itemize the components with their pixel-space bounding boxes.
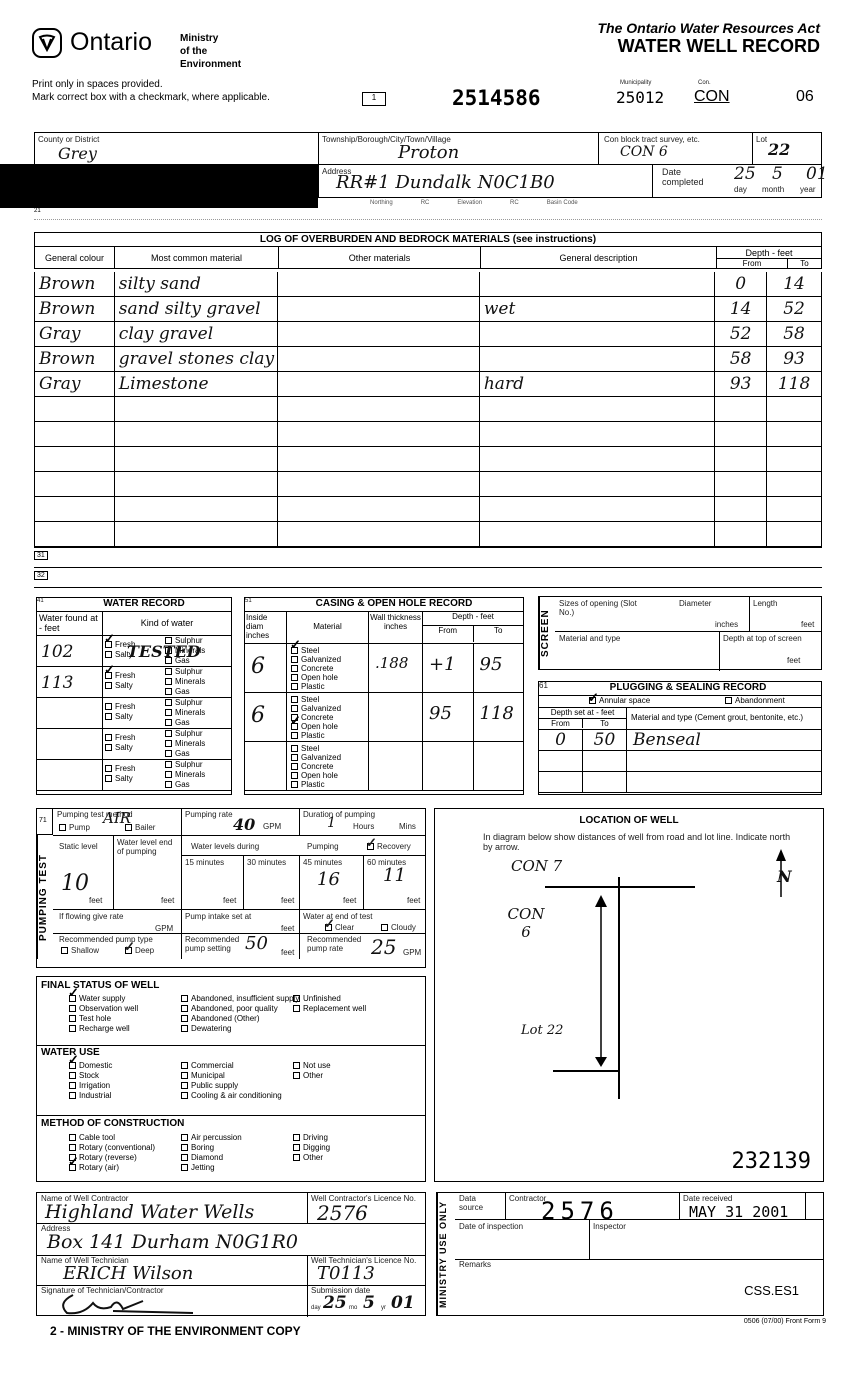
- log-cell-material[interactable]: silty sand: [115, 272, 279, 296]
- annular-checkbox[interactable]: [589, 697, 596, 704]
- sulphur-checkbox[interactable]: [165, 668, 172, 675]
- minerals-checkbox[interactable]: [165, 709, 172, 716]
- option-label: Rotary (reverse): [79, 1153, 137, 1162]
- fresh-checkbox[interactable]: [105, 734, 112, 741]
- log-cell-material[interactable]: [115, 447, 279, 471]
- option-checkbox[interactable]: [69, 1072, 76, 1079]
- log-cell-from[interactable]: [715, 447, 767, 471]
- gas-option[interactable]: Gas: [165, 749, 205, 759]
- option-checkbox[interactable]: [69, 1015, 76, 1022]
- salty-checkbox[interactable]: [105, 651, 112, 658]
- material-option[interactable]: Galvanized: [291, 655, 364, 664]
- log-cell-other[interactable]: [278, 297, 479, 321]
- rec-rate-value[interactable]: 25: [371, 935, 396, 959]
- log-cell-description[interactable]: [480, 497, 715, 521]
- option-label: Public supply: [191, 1081, 238, 1090]
- construction-option[interactable]: Rotary (reverse): [69, 1153, 137, 1163]
- m45-value[interactable]: 16: [317, 869, 340, 890]
- sulphur-checkbox[interactable]: [165, 730, 172, 737]
- option-label: Municipal: [191, 1071, 225, 1080]
- construction-option[interactable]: Rotary (air): [69, 1163, 119, 1173]
- material-checkbox[interactable]: [291, 665, 298, 672]
- material-label: Material and type: [559, 635, 620, 644]
- record-number: 2514586: [452, 86, 541, 110]
- option-checkbox[interactable]: [293, 1005, 300, 1012]
- coded-label: RC: [421, 200, 430, 206]
- log-cell-description[interactable]: [480, 397, 715, 421]
- final-status-option[interactable]: Abandoned (Other): [181, 1014, 260, 1024]
- log-cell-other[interactable]: [278, 522, 479, 546]
- material-checkbox[interactable]: [291, 745, 298, 752]
- option-label: Jetting: [191, 1163, 215, 1172]
- option-label: Cooling & air conditioning: [191, 1091, 282, 1100]
- minerals-option[interactable]: Minerals: [165, 708, 205, 718]
- coded-label: Northing: [370, 200, 393, 206]
- log-cell-description[interactable]: [480, 272, 715, 296]
- salty-option[interactable]: Salty: [105, 774, 161, 784]
- water-use-option[interactable]: Other: [293, 1071, 323, 1081]
- casing-to[interactable]: 95: [474, 644, 524, 692]
- material-checkbox[interactable]: [291, 683, 298, 690]
- end-test-label: Water at end of test: [303, 913, 373, 922]
- plug-to[interactable]: 50: [583, 730, 627, 750]
- material-checkbox[interactable]: [291, 674, 298, 681]
- log-cell-from[interactable]: [715, 397, 767, 421]
- rate-label: Pumping rate: [185, 811, 233, 820]
- ministry-contractor-value: 2576: [541, 1197, 619, 1225]
- date-day[interactable]: 25: [734, 164, 756, 184]
- gas-option[interactable]: Gas: [165, 687, 205, 697]
- option-checkbox[interactable]: [181, 1092, 188, 1099]
- rec-setting-value[interactable]: 50: [245, 933, 268, 954]
- material-checkbox[interactable]: [291, 754, 298, 761]
- water-use-option[interactable]: Industrial: [69, 1091, 111, 1101]
- material-label: Plastic: [301, 682, 325, 691]
- log-cell-material[interactable]: gravel stones clay: [115, 347, 279, 371]
- material-option[interactable]: Plastic: [291, 731, 364, 740]
- option-checkbox[interactable]: [69, 995, 76, 1002]
- material-option[interactable]: Plastic: [291, 780, 364, 789]
- address-value[interactable]: RR#1 Dundalk N0C1B0: [336, 172, 555, 193]
- deep-option[interactable]: Deep: [125, 947, 154, 956]
- pump-checkbox[interactable]: [59, 824, 66, 831]
- casing-diam[interactable]: [245, 742, 287, 790]
- log-cell-description[interactable]: [480, 447, 715, 471]
- contractor-address-value[interactable]: Box 141 Durham N0G1R0: [47, 1231, 298, 1253]
- casing-wall[interactable]: [369, 742, 423, 790]
- option-checkbox[interactable]: [293, 995, 300, 1002]
- log-cell-colour[interactable]: Brown: [35, 297, 115, 321]
- construction-option[interactable]: Rotary (conventional): [69, 1143, 155, 1153]
- plug-from[interactable]: [539, 772, 583, 792]
- material-checkbox[interactable]: [291, 732, 298, 739]
- fresh-checkbox[interactable]: [105, 703, 112, 710]
- gas-option[interactable]: Gas: [165, 780, 205, 790]
- log-cell-to[interactable]: [767, 397, 821, 421]
- log-cell-material[interactable]: [115, 497, 279, 521]
- log-cell-to[interactable]: [767, 422, 821, 446]
- minerals-label: Minerals: [175, 739, 205, 748]
- log-cell-description[interactable]: [480, 422, 715, 446]
- final-status-option[interactable]: Recharge well: [69, 1024, 130, 1034]
- gas-option[interactable]: Gas: [165, 718, 205, 728]
- recovery-option[interactable]: Recovery: [367, 843, 411, 852]
- log-cell-from[interactable]: [715, 422, 767, 446]
- log-cell-to[interactable]: [767, 472, 821, 496]
- water-row: 113FreshSaltySulphurMineralsGas: [37, 667, 231, 698]
- material-option[interactable]: Open hole: [291, 722, 364, 731]
- material-option[interactable]: Steel: [291, 695, 364, 704]
- log-row: [35, 522, 821, 547]
- rate-value[interactable]: 40: [233, 815, 255, 834]
- material-option[interactable]: Open hole: [291, 673, 364, 682]
- sulphur-option[interactable]: Sulphur: [165, 698, 205, 708]
- option-checkbox[interactable]: [69, 1164, 76, 1171]
- minerals-label: Minerals: [175, 708, 205, 717]
- log-cell-description[interactable]: hard: [480, 372, 715, 396]
- salty-option[interactable]: Salty: [105, 743, 161, 753]
- casing-wall[interactable]: [369, 693, 423, 741]
- casing-from[interactable]: +1: [423, 644, 474, 692]
- option-checkbox[interactable]: [69, 1005, 76, 1012]
- submission-year[interactable]: 01: [391, 1293, 415, 1313]
- final-status-option[interactable]: Unfinished: [293, 994, 341, 1004]
- form-code: 0506 (07/00) Front Form 9: [744, 1318, 826, 1325]
- tech-licence-value[interactable]: T0113: [317, 1263, 375, 1284]
- option-checkbox[interactable]: [293, 1062, 300, 1069]
- signature[interactable]: [53, 1289, 213, 1317]
- log-cell-colour[interactable]: Brown: [35, 272, 115, 296]
- contractor-licence-value[interactable]: 2576: [317, 1201, 368, 1225]
- material-option[interactable]: Steel: [291, 744, 364, 753]
- casing-from[interactable]: 95: [423, 693, 474, 741]
- log-cell-other[interactable]: [278, 322, 479, 346]
- log-cell-from[interactable]: [715, 472, 767, 496]
- plug-to[interactable]: [583, 772, 627, 792]
- casing-wall[interactable]: .188: [369, 644, 423, 692]
- log-cell-from[interactable]: [715, 497, 767, 521]
- con-block-value[interactable]: CON 6: [620, 144, 668, 160]
- log-cell-description[interactable]: [480, 472, 715, 496]
- final-status-option[interactable]: Replacement well: [293, 1004, 366, 1014]
- option-checkbox[interactable]: [69, 1062, 76, 1069]
- construction-option[interactable]: Digging: [293, 1143, 330, 1153]
- water-depth[interactable]: 102: [37, 636, 103, 666]
- material-option[interactable]: Galvanized: [291, 753, 364, 762]
- option-label: Other: [303, 1071, 323, 1080]
- log-cell-colour[interactable]: Gray: [35, 322, 115, 346]
- shallow-checkbox[interactable]: [61, 947, 68, 954]
- log-cell-colour[interactable]: [35, 472, 115, 496]
- material-option[interactable]: Galvanized: [291, 704, 364, 713]
- fresh-checkbox[interactable]: [105, 672, 112, 679]
- code-row-number: 31: [34, 551, 48, 560]
- log-cell-colour[interactable]: [35, 422, 115, 446]
- plug-from[interactable]: 0: [539, 730, 583, 750]
- construction-option[interactable]: Driving: [293, 1133, 328, 1143]
- log-cell-to[interactable]: 14: [767, 272, 821, 296]
- material-checkbox[interactable]: [291, 723, 298, 730]
- data-source-label: Data source: [459, 1195, 499, 1213]
- log-cell-material[interactable]: sand silty gravel: [115, 297, 279, 321]
- fresh-checkbox[interactable]: [105, 765, 112, 772]
- casing-diam[interactable]: 6: [245, 644, 287, 692]
- final-status-option[interactable]: Water supply: [69, 994, 125, 1004]
- material-checkbox[interactable]: [291, 647, 298, 654]
- log-cell-from[interactable]: 58: [715, 347, 767, 371]
- date-year[interactable]: 01: [806, 164, 828, 184]
- option-checkbox[interactable]: [293, 1134, 300, 1141]
- to-label: To: [583, 719, 626, 728]
- log-cell-other[interactable]: [278, 497, 479, 521]
- pump-option[interactable]: Pump: [59, 824, 90, 833]
- plug-material[interactable]: Benseal: [627, 730, 821, 750]
- deep-label: Deep: [135, 946, 154, 955]
- salty-option[interactable]: Salty: [105, 681, 161, 691]
- construction-option[interactable]: Boring: [181, 1143, 214, 1153]
- final-status-option[interactable]: Observation well: [69, 1004, 138, 1014]
- casing-to[interactable]: [474, 742, 524, 790]
- fresh-option[interactable]: Fresh: [105, 702, 161, 712]
- log-cell-colour[interactable]: Gray: [35, 372, 115, 396]
- annular-option[interactable]: Annular space: [539, 696, 685, 707]
- water-use-option[interactable]: Domestic: [69, 1061, 112, 1071]
- abandonment-checkbox[interactable]: [725, 697, 732, 704]
- water-row: FreshSaltySulphurMineralsGas: [37, 698, 231, 729]
- log-cell-description[interactable]: [480, 347, 715, 371]
- log-cell-other[interactable]: [278, 397, 479, 421]
- deep-checkbox[interactable]: [125, 947, 132, 954]
- log-cell-other[interactable]: [278, 272, 479, 296]
- log-cell-other[interactable]: [278, 447, 479, 471]
- plug-material[interactable]: [627, 751, 821, 771]
- salty-option[interactable]: Salty: [105, 712, 161, 722]
- water-depth[interactable]: [37, 760, 103, 790]
- log-cell-other[interactable]: [278, 422, 479, 446]
- fresh-option[interactable]: Fresh: [105, 733, 161, 743]
- plug-material[interactable]: [627, 772, 821, 792]
- recovery-checkbox[interactable]: [367, 843, 374, 850]
- township-value[interactable]: Proton: [398, 142, 459, 163]
- gas-checkbox[interactable]: [165, 750, 172, 757]
- water-depth[interactable]: [37, 729, 103, 759]
- option-label: Not use: [303, 1061, 331, 1070]
- contractor-name-value[interactable]: Highland Water Wells: [45, 1201, 254, 1223]
- material-option[interactable]: Plastic: [291, 682, 364, 691]
- log-cell-from[interactable]: 0: [715, 272, 767, 296]
- salty-checkbox[interactable]: [105, 744, 112, 751]
- casing-from[interactable]: [423, 742, 474, 790]
- casing-diam[interactable]: 6: [245, 693, 287, 741]
- material-checkbox[interactable]: [291, 781, 298, 788]
- log-cell-other[interactable]: [278, 372, 479, 396]
- log-cell-from[interactable]: [715, 522, 767, 546]
- bailer-checkbox[interactable]: [125, 824, 132, 831]
- date-month[interactable]: 5: [772, 164, 783, 184]
- log-cell-other[interactable]: [278, 347, 479, 371]
- water-depth[interactable]: [37, 698, 103, 728]
- cloudy-option[interactable]: Cloudy: [381, 924, 416, 933]
- water-use-option[interactable]: Cooling & air conditioning: [181, 1091, 282, 1101]
- static-value[interactable]: 10: [61, 871, 89, 896]
- option-checkbox[interactable]: [181, 1072, 188, 1079]
- material-label: Galvanized: [301, 704, 341, 713]
- log-cell-other[interactable]: [278, 472, 479, 496]
- salty-checkbox[interactable]: [105, 682, 112, 689]
- final-status-option[interactable]: Abandoned, insufficient supply: [181, 994, 299, 1004]
- option-checkbox[interactable]: [181, 1025, 188, 1032]
- option-checkbox[interactable]: [181, 1144, 188, 1151]
- material-checkbox[interactable]: [291, 763, 298, 770]
- log-cell-description[interactable]: wet: [480, 297, 715, 321]
- log-row: Grayclay gravel5258: [35, 322, 821, 347]
- log-cell-material[interactable]: [115, 522, 279, 546]
- option-checkbox[interactable]: [293, 1154, 300, 1161]
- material-option[interactable]: Steel: [291, 646, 364, 655]
- water-use-option[interactable]: Commercial: [181, 1061, 234, 1071]
- minerals-option[interactable]: Minerals: [165, 739, 205, 749]
- log-cell-colour[interactable]: [35, 497, 115, 521]
- yr-abbr: yr: [381, 1305, 386, 1312]
- material-option[interactable]: Concrete: [291, 762, 364, 771]
- log-cell-material[interactable]: [115, 472, 279, 496]
- material-checkbox[interactable]: [291, 696, 298, 703]
- final-status-option[interactable]: Dewatering: [181, 1024, 231, 1034]
- clear-checkbox[interactable]: [325, 924, 332, 931]
- sulphur-option[interactable]: Sulphur: [165, 729, 205, 739]
- log-cell-colour[interactable]: [35, 522, 115, 546]
- option-checkbox[interactable]: [293, 1144, 300, 1151]
- minerals-option[interactable]: Minerals: [165, 770, 205, 780]
- log-cell-to[interactable]: 52: [767, 297, 821, 321]
- fresh-option[interactable]: Fresh: [105, 671, 161, 681]
- construction-option[interactable]: Air percussion: [181, 1133, 242, 1143]
- log-cell-to[interactable]: [767, 522, 821, 546]
- water-use-option[interactable]: Not use: [293, 1061, 331, 1071]
- log-cell-description[interactable]: [480, 522, 715, 546]
- log-cell-to[interactable]: 118: [767, 372, 821, 396]
- material-label: Plastic: [301, 731, 325, 740]
- material-label: Galvanized: [301, 655, 341, 664]
- gas-checkbox[interactable]: [165, 688, 172, 695]
- option-checkbox[interactable]: [69, 1082, 76, 1089]
- tech-name-value[interactable]: ERICH Wilson: [63, 1263, 193, 1284]
- log-cell-to[interactable]: 58: [767, 322, 821, 346]
- log-cell-material[interactable]: clay gravel: [115, 322, 279, 346]
- salty-checkbox[interactable]: [105, 775, 112, 782]
- log-cell-from[interactable]: 93: [715, 372, 767, 396]
- sulphur-option[interactable]: Sulphur: [165, 760, 205, 770]
- option-checkbox[interactable]: [69, 1134, 76, 1141]
- water-use-option[interactable]: Public supply: [181, 1081, 238, 1091]
- option-checkbox[interactable]: [181, 1062, 188, 1069]
- lot-value[interactable]: 22: [768, 140, 790, 159]
- clear-option[interactable]: Clear: [325, 924, 354, 933]
- water-use-option[interactable]: Irrigation: [69, 1081, 110, 1091]
- log-cell-from[interactable]: 52: [715, 322, 767, 346]
- option-checkbox[interactable]: [69, 1092, 76, 1099]
- water-use-option[interactable]: Stock: [69, 1071, 99, 1081]
- material-option[interactable]: Concrete: [291, 664, 364, 673]
- option-checkbox[interactable]: [181, 1015, 188, 1022]
- sulphur-checkbox[interactable]: [165, 699, 172, 706]
- plug-from[interactable]: [539, 751, 583, 771]
- construction-option[interactable]: Jetting: [181, 1163, 215, 1173]
- plug-to[interactable]: [583, 751, 627, 771]
- construction-option[interactable]: Diamond: [181, 1153, 223, 1163]
- gas-checkbox[interactable]: [165, 719, 172, 726]
- shallow-option[interactable]: Shallow: [61, 947, 99, 956]
- minerals-checkbox[interactable]: [165, 740, 172, 747]
- bailer-option[interactable]: Bailer: [125, 824, 155, 833]
- minerals-checkbox[interactable]: [165, 678, 172, 685]
- casing-to[interactable]: 118: [474, 693, 524, 741]
- pumping-option[interactable]: Pumping: [307, 843, 339, 852]
- option-checkbox[interactable]: [181, 1154, 188, 1161]
- log-cell-material[interactable]: [115, 422, 279, 446]
- log-cell-colour[interactable]: [35, 397, 115, 421]
- log-cell-material[interactable]: Limestone: [115, 372, 279, 396]
- form-title: WATER WELL RECORD: [618, 36, 820, 57]
- material-option[interactable]: Concrete: [291, 713, 364, 722]
- final-status-option[interactable]: Abandoned, poor quality: [181, 1004, 278, 1014]
- material-checkbox[interactable]: [291, 705, 298, 712]
- cloudy-checkbox[interactable]: [381, 924, 388, 931]
- log-cell-colour[interactable]: Brown: [35, 347, 115, 371]
- water-depth[interactable]: 113: [37, 667, 103, 697]
- log-cell-to[interactable]: [767, 447, 821, 471]
- option-checkbox[interactable]: [181, 1082, 188, 1089]
- salty-checkbox[interactable]: [105, 713, 112, 720]
- county-value[interactable]: Grey: [58, 144, 97, 163]
- log-cell-material[interactable]: [115, 397, 279, 421]
- option-checkbox[interactable]: [69, 1144, 76, 1151]
- duration-hours[interactable]: 1: [327, 815, 336, 831]
- log-cell-colour[interactable]: [35, 447, 115, 471]
- final-status-option[interactable]: Test hole: [69, 1014, 111, 1024]
- log-cell-description[interactable]: [480, 322, 715, 346]
- water-use-option[interactable]: Municipal: [181, 1071, 225, 1081]
- option-checkbox[interactable]: [293, 1072, 300, 1079]
- construction-option[interactable]: Other: [293, 1153, 323, 1163]
- fresh-checkbox[interactable]: [105, 641, 112, 648]
- sulphur-checkbox[interactable]: [165, 761, 172, 768]
- ministry-line: Environment: [180, 58, 241, 71]
- log-cell-to[interactable]: [767, 497, 821, 521]
- material-checkbox[interactable]: [291, 656, 298, 663]
- option-checkbox[interactable]: [181, 1134, 188, 1141]
- material-checkbox[interactable]: [291, 772, 298, 779]
- plug-material-label: Material and type (Cement grout, bentoni…: [627, 708, 821, 729]
- fresh-option[interactable]: Fresh: [105, 764, 161, 774]
- log-cell-from[interactable]: 14: [715, 297, 767, 321]
- abandonment-option[interactable]: Abandonment: [685, 696, 821, 707]
- submission-month[interactable]: 5: [363, 1293, 375, 1313]
- log-cell-to[interactable]: 93: [767, 347, 821, 371]
- minerals-option[interactable]: Minerals: [165, 677, 205, 687]
- option-checkbox[interactable]: [69, 1025, 76, 1032]
- sulphur-option[interactable]: Sulphur: [165, 667, 205, 677]
- material-option[interactable]: Open hole: [291, 771, 364, 780]
- option-checkbox[interactable]: [181, 1164, 188, 1171]
- option-checkbox[interactable]: [181, 995, 188, 1002]
- m60-value[interactable]: 11: [383, 865, 406, 886]
- minerals-checkbox[interactable]: [165, 771, 172, 778]
- submission-day[interactable]: 25: [323, 1293, 347, 1313]
- option-checkbox[interactable]: [181, 1005, 188, 1012]
- gas-checkbox[interactable]: [165, 781, 172, 788]
- construction-option[interactable]: Cable tool: [69, 1133, 115, 1143]
